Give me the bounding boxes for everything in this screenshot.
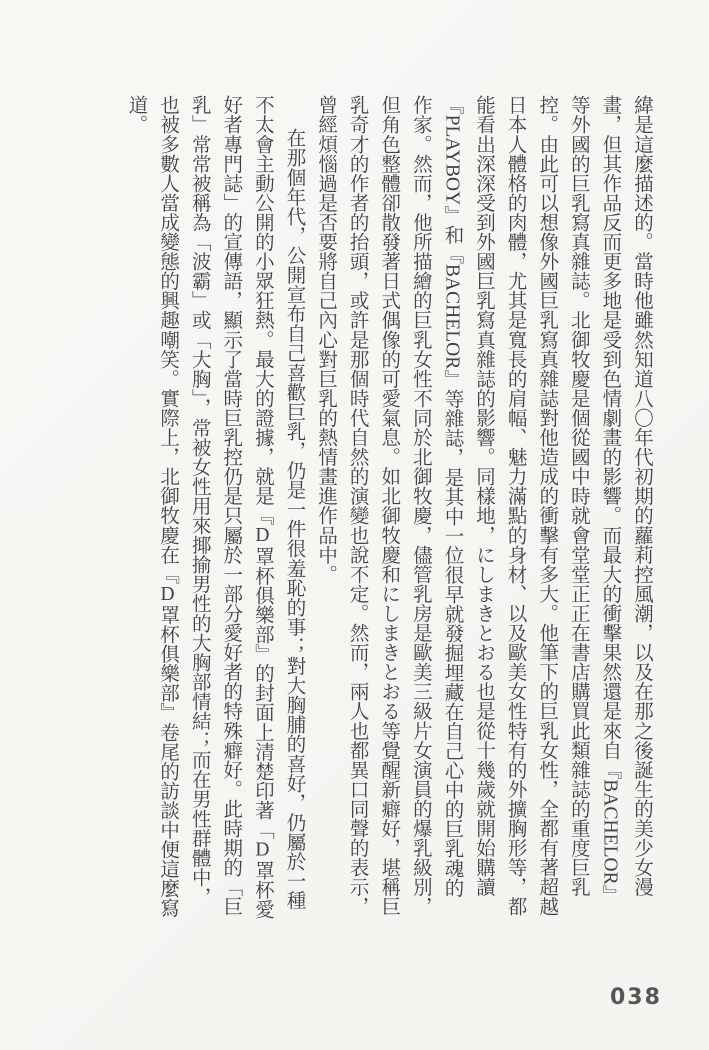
text-column: 作家。然而，他所描繪的巨乳女性不同於北御牧慶，儘管乳房是歐美三級片女演員的爆乳級…	[404, 95, 436, 921]
text-column: 控。由此可以想像外國巨乳寫真雜誌對他造成的衝擊有多大。他筆下的巨乳女性，全都有著…	[531, 95, 563, 921]
book-page: 緯是這麼描述的。當時他雖然知道八〇年代初期的蘿莉控風潮，以及在那之後誕生的美少女…	[0, 0, 709, 1050]
text-column: 畫，但其作品反而更多地是受到色情劇畫的影響。而最大的衝擊果然還是來自『BACHE…	[594, 95, 626, 921]
text-column: 在那個年代，公開宣布自己喜歡巨乳，仍是一件很羞恥的事；對大胸脯的喜好，仍屬於一種	[278, 95, 310, 954]
text-column: 但角色整體卻散發著日式偶像的可愛氣息。如北御牧慶和にしまきとおる等覺醒新癖好，堪…	[373, 95, 405, 921]
text-column: 『PLAYBOY』和『BACHELOR』等雜誌，是其中一位很早就發掘埋藏在自己心…	[436, 95, 468, 921]
upright-latin-char: D	[252, 525, 273, 546]
text-column: 等外國的巨乳寫真雜誌。北御牧慶是個從國中時就會堂堂正正在書店購買此類雜誌的重度巨…	[562, 95, 594, 921]
text-column: 緯是這麼描述的。當時他雖然知道八〇年代初期的蘿莉控風潮，以及在那之後誕生的美少女…	[625, 95, 657, 921]
page-number: 038	[610, 985, 662, 1010]
article-text: 緯是這麼描述的。當時他雖然知道八〇年代初期的蘿莉控風潮，以及在那之後誕生的美少女…	[120, 95, 657, 921]
text-column: 也被多數人當成變態的興趣嘲笑。實際上，北御牧慶在『D罩杯俱樂部』卷尾的訪談中便這…	[152, 95, 184, 921]
text-column: 道。	[120, 95, 152, 921]
text-column: 乳奇才的作者的抬頭，或許是那個時代自然的演變也說不定。然而，兩人也都異口同聲的表…	[341, 95, 373, 921]
text-column: 日本人體格的肉體，尤其是寬長的肩幅、魅力滿點的身材、以及歐美女性特有的外擴胸形等…	[499, 95, 531, 921]
text-column: 能看出深深受到外國巨乳寫真雜誌的影響。同樣地，にしまきとおる也是從十幾歲就開始購…	[467, 95, 499, 921]
upright-latin-char: D	[157, 584, 178, 605]
text-column: 不太會主動公開的小眾狂熱。最大的證據，就是『D罩杯俱樂部』的封面上清楚印著「D罩…	[246, 95, 278, 921]
text-column: 曾經煩惱過是否要將自己內心對巨乳的熱情畫進作品中。	[309, 95, 341, 921]
upright-latin-char: D	[252, 839, 273, 860]
text-column: 好者專門誌」的宣傳語，顯示了當時巨乳控仍是只屬於一部分愛好者的特殊癖好。此時期的…	[215, 95, 247, 921]
text-column: 乳」常常被稱為「波霸」或「大胸」，常被女性用來揶揄男性的大胸部情結；而在男性群體…	[183, 95, 215, 921]
